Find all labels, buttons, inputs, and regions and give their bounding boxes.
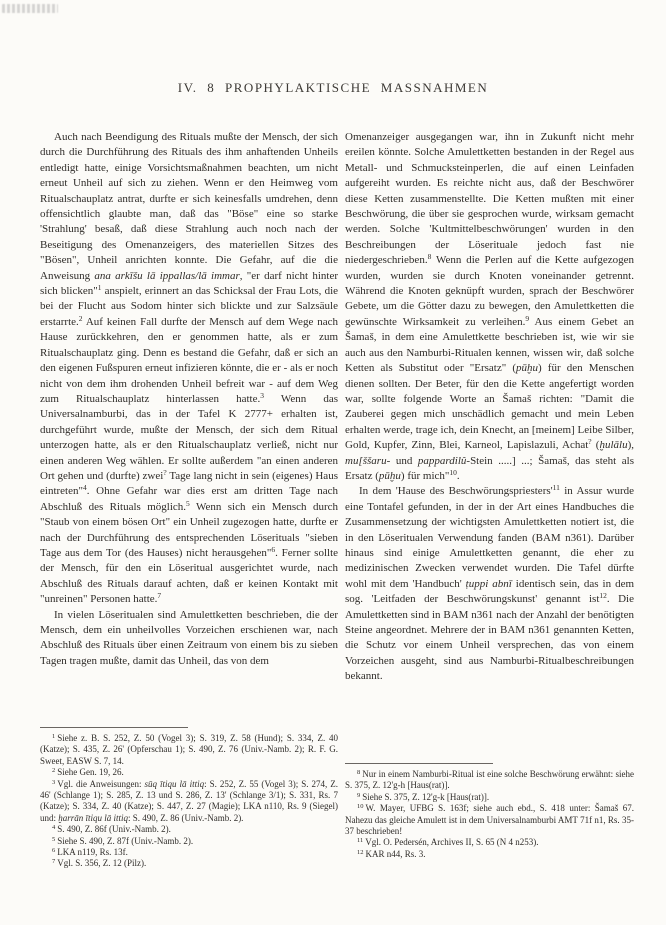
footnote-rule-right <box>345 763 493 764</box>
footnote: 1Siehe z. B. S. 252, Z. 50 (Vogel 3); S.… <box>40 733 338 767</box>
left-column: Auch nach Beendigung des Rituals mußte d… <box>40 130 338 669</box>
paragraph: In vielen Löseritualen sind Amulettkette… <box>40 608 338 670</box>
footnote: 3Vgl. die Anweisungen: sūq ītiqu lā itti… <box>40 779 338 825</box>
footnote: 2Siehe Gen. 19, 26. <box>40 767 338 778</box>
paragraph: Omenanzeiger ausgegangen war, ihn in Zuk… <box>345 130 634 484</box>
book-page: IV. 8 PROPHYLAKTISCHE MASSNAHMEN Auch na… <box>0 0 666 925</box>
footnote-number: 9 <box>357 792 360 799</box>
footnote: 6LKA n119, Rs. 13f. <box>40 847 338 858</box>
footnote: 8Nur in einem Namburbi-Ritual ist eine s… <box>345 769 634 792</box>
right-footnotes: 8Nur in einem Namburbi-Ritual ist eine s… <box>345 769 634 860</box>
paragraph: In dem 'Hause des Beschwörungspriesters'… <box>345 484 634 684</box>
footnote-number: 8 <box>357 769 360 776</box>
footnote: 10W. Mayer, UFBG S. 163f; siehe auch ebd… <box>345 803 634 837</box>
footnote-number: 6 <box>52 847 55 854</box>
footnote-number: 4 <box>52 824 55 831</box>
scan-artifact <box>2 4 58 13</box>
footnote-marker: 7 <box>157 591 161 600</box>
footnote-number: 11 <box>357 837 363 844</box>
footnote: 4S. 490, Z. 86f (Univ.-Namb. 2). <box>40 824 338 835</box>
footnote: 9Siehe S. 375, Z. 12'g-k [Haus(rat)]. <box>345 792 634 803</box>
footnote-rule-left <box>40 727 188 728</box>
paragraph: Auch nach Beendigung des Rituals mußte d… <box>40 130 338 608</box>
footnote-marker: 11 <box>553 483 560 492</box>
page-title: IV. 8 PROPHYLAKTISCHE MASSNAHMEN <box>0 80 666 96</box>
right-column: Omenanzeiger ausgegangen war, ihn in Zuk… <box>345 130 634 685</box>
footnote: 5Siehe S. 490, Z. 87f (Univ.-Namb. 2). <box>40 836 338 847</box>
footnote-number: 2 <box>52 767 55 774</box>
footnote-marker: 12 <box>599 591 607 600</box>
left-footnotes: 1Siehe z. B. S. 252, Z. 50 (Vogel 3); S.… <box>40 733 338 870</box>
footnote-number: 1 <box>52 733 55 740</box>
footnote-marker: 10 <box>449 468 457 477</box>
footnote: 11Vgl. O. Pedersén, Archives II, S. 65 (… <box>345 837 634 848</box>
footnote-number: 12 <box>357 849 364 856</box>
footnote: 12KAR n44, Rs. 3. <box>345 849 634 860</box>
footnote-number: 10 <box>357 803 364 810</box>
footnote-number: 5 <box>52 836 55 843</box>
footnote-number: 7 <box>52 858 55 865</box>
footnote: 7Vgl. S. 356, Z. 12 (Pilz). <box>40 858 338 869</box>
footnote-number: 3 <box>52 779 55 786</box>
